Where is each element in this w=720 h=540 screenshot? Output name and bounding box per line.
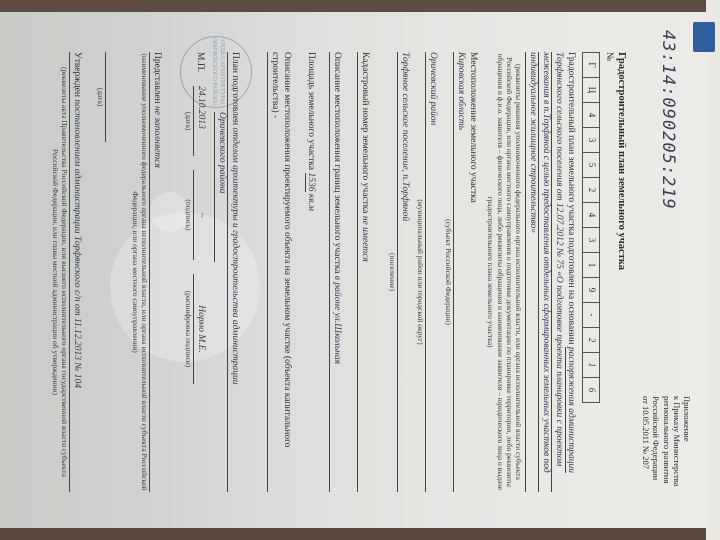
number-cell: 3 — [583, 228, 600, 253]
submitted-date-line — [105, 52, 116, 142]
appendix-line: от 10.05.2011 № 207 — [641, 396, 651, 516]
number-cell: - — [583, 303, 600, 328]
official-stamp: ОТДЕЛ АРХИТЕКТУРЫ ОРИЧЕВСКОГО РАЙОНА — [180, 36, 252, 108]
area-unit: кв.м — [306, 194, 316, 211]
cadastral-label: Кадастровый номер земельного участка — [360, 52, 370, 214]
number-cell: 1 — [583, 253, 600, 278]
region-hint: (субъект Российской Федерации) — [444, 52, 453, 492]
appendix-line: к Приказу Министерства — [672, 396, 682, 516]
district-value: Оричевский район — [425, 52, 438, 492]
name-hint: (расшифровка подписи) — [184, 274, 193, 384]
region-value: Кировская область — [453, 52, 466, 492]
number-cell: 1 — [583, 353, 600, 378]
prepared-value: Оричевского района — [214, 112, 227, 262]
basis-value: индивидуальное жилищное строительство» — [526, 52, 539, 492]
boundaries-row: Описание местоположения границ земельног… — [329, 52, 342, 492]
approved-value: постановлением администрации Торфянского… — [72, 99, 82, 315]
signature: ~ — [193, 170, 206, 260]
object-value: - — [270, 115, 280, 118]
number-cell: 3 — [583, 128, 600, 153]
object-row: Описание местоположения проектируемого о… — [267, 52, 292, 492]
area-value: 1536 — [305, 173, 316, 192]
prepared-section: План подготовлен отделом архитектуры и г… — [184, 52, 240, 492]
appendix-line: Российской Федерации — [651, 396, 661, 516]
boundaries-value: в районе ул.Школьная — [332, 276, 342, 364]
prepared-value: отделом архитектуры и градостроительства… — [230, 128, 240, 385]
area-label: Площадь земельного участка — [306, 52, 316, 170]
basis-value: межевания в п.Торфяной с целью предостав… — [538, 52, 551, 492]
cadastral-value: не имеется — [360, 216, 370, 262]
number-cell: 6 — [583, 378, 600, 403]
approved-date: 11.12.2013 № — [72, 318, 82, 371]
appendix-line: Приложение — [682, 396, 692, 516]
number-label: № — [602, 52, 614, 61]
approved-section: Утвержден постановлением администрации Т… — [50, 52, 82, 492]
background-surface-top — [0, 0, 720, 12]
cadastral-row: Кадастровый номер земельного участка не … — [357, 52, 370, 492]
submitted-hint: (наименование уполномоченного федерально… — [130, 52, 149, 492]
submitted-section: Представлен не заполняется (наименование… — [96, 52, 162, 492]
prepared-name: Нормо М.Е. — [193, 274, 206, 384]
signature-hint: (подпись) — [184, 170, 193, 260]
number-cell: Ц — [583, 78, 600, 103]
submitted-label: Представлен — [152, 52, 162, 104]
basis-hint: (реквизиты решения уполномоченного федер… — [486, 52, 524, 492]
submitted-date-hint: (дата) — [96, 52, 105, 142]
area-row: Площадь земельного участка 1536 кв.м — [304, 52, 316, 492]
number-cell: 5 — [583, 153, 600, 178]
number-cell: 4 — [583, 203, 600, 228]
settlement-hint: (поселение) — [387, 52, 396, 492]
appendix-note: Приложение к Приказу Министерства регион… — [641, 396, 692, 516]
approved-label: Утвержден — [72, 52, 82, 97]
appendix-line: регионального развития — [661, 396, 671, 516]
district-hint: (муниципальный район или городской округ… — [416, 52, 425, 492]
basis-value: распоряжения администрации — [565, 347, 576, 473]
number-cell: 9 — [583, 278, 600, 303]
basis-value: Торфянского сельского поселения от 12.07… — [551, 52, 564, 492]
document-title: Градостроительный план земельного участк… — [615, 52, 628, 270]
settlement-value: Торфяное сельское поселение, п.Торфяной — [397, 52, 410, 492]
document-page: 43:14:090205:219 Приложение к Приказу Ми… — [10, 22, 706, 522]
basis-intro: Градостроительный план земельного участк… — [566, 52, 576, 344]
stamp-text: ОТДЕЛ АРХИТЕКТУРЫ ОРИЧЕВСКОГО РАЙОНА — [210, 37, 225, 107]
handwritten-cadastral-note: 43:14:090205:219 — [657, 30, 678, 210]
blue-folder-tab — [693, 22, 715, 52]
document-sheet: 43:14:090205:219 Приложение к Приказу Ми… — [0, 12, 706, 528]
number-cell: 2 — [583, 178, 600, 203]
submitted-value: не заполняется — [152, 106, 162, 168]
location-section: Местоположение земельного участка Кировс… — [387, 52, 478, 492]
location-heading: Местоположение земельного участка — [466, 52, 478, 492]
number-cell: Г — [583, 53, 600, 78]
basis-section: Градостроительный план земельного участк… — [486, 52, 576, 492]
boundaries-label: Описание местоположения границ земельног… — [332, 52, 342, 274]
object-label: Описание местоположения проектируемого о… — [270, 52, 292, 447]
adjacent-sheet-edge — [706, 0, 720, 540]
approved-hint: (реквизиты акта Правительства Российской… — [50, 52, 69, 492]
plan-number-grid: ГЦ43524319-216 — [582, 52, 600, 403]
number-cell: 4 — [583, 103, 600, 128]
number-cell: 2 — [583, 328, 600, 353]
approved-number: 104 — [72, 374, 82, 388]
background-surface-bottom — [0, 528, 720, 540]
